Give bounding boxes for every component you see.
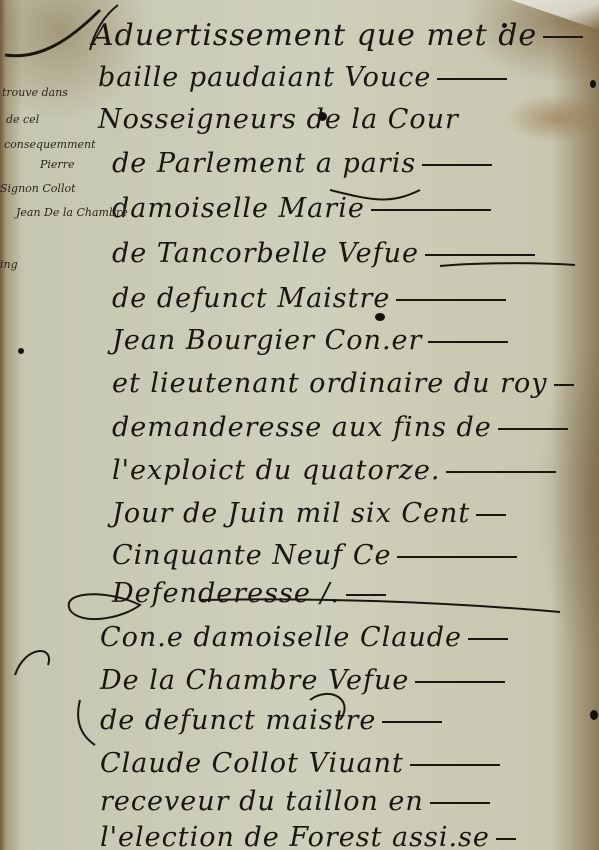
manuscript-line: de Tancorbelle Vefue	[112, 238, 535, 269]
line-text: De la Chambre Vefue	[100, 665, 409, 696]
line-text: de Tancorbelle Vefue	[112, 238, 419, 269]
line-rule	[382, 721, 442, 723]
line-text: demanderesse aux fins de	[112, 412, 492, 443]
line-rule	[543, 36, 583, 38]
line-text: de defunct Maistre	[112, 283, 390, 314]
ink-blot	[18, 348, 24, 354]
line-rule	[346, 594, 386, 596]
manuscript-line: de defunct Maistre	[112, 283, 506, 314]
line-rule	[415, 681, 505, 683]
ink-blot	[590, 80, 596, 88]
line-rule	[396, 299, 506, 301]
line-text: Jean Bourgier Con.er	[112, 325, 422, 356]
manuscript-line: Defenderesse /.	[112, 578, 386, 609]
line-rule	[476, 514, 506, 516]
line-rule	[428, 341, 508, 343]
line-rule	[437, 78, 507, 80]
ink-blot	[502, 23, 507, 28]
line-text: Jour de Juin mil six Cent	[112, 498, 470, 529]
line-rule	[468, 638, 508, 640]
line-rule	[496, 838, 516, 840]
line-text: de defunct maistre	[100, 705, 376, 736]
margin-note: ing	[0, 258, 18, 271]
manuscript-line: demanderesse aux fins de	[112, 412, 568, 443]
line-text: et lieutenant ordinaire du roy	[112, 368, 548, 399]
margin-note: trouve dans	[2, 86, 68, 99]
line-text: damoiselle Marie	[112, 193, 365, 224]
line-text: Defenderesse /.	[112, 578, 340, 609]
line-text: baille paudaiant Vouce	[98, 62, 431, 93]
ink-blot	[318, 112, 327, 121]
title-text: Aduertissement que met de	[92, 18, 537, 53]
manuscript-line: Cinquante Neuf Ce	[112, 540, 517, 571]
line-rule	[371, 209, 491, 211]
line-text: l'exploict du quatorze.	[112, 455, 440, 486]
margin-note: Signon Collot	[0, 182, 76, 195]
manuscript-line: l'exploict du quatorze.	[112, 455, 556, 486]
line-rule	[425, 254, 535, 256]
line-text: de Parlement a paris	[112, 148, 416, 179]
manuscript-line: Nosseigneurs de la Cour	[98, 104, 459, 135]
document-title-line: Aduertissement que met de	[92, 18, 583, 53]
manuscript-line: de Parlement a paris	[112, 148, 492, 179]
line-text: receveur du taillon en	[100, 786, 424, 817]
ink-blot	[375, 313, 385, 321]
manuscript-line: de defunct maistre	[100, 705, 442, 736]
line-rule	[446, 471, 556, 473]
line-rule	[397, 556, 517, 558]
manuscript-line: Jean Bourgier Con.er	[112, 325, 508, 356]
line-text: l'election de Forest assi.se	[100, 822, 490, 850]
margin-note: de cel	[6, 113, 39, 126]
manuscript-page: Aduertissement que met de baille paudaia…	[0, 0, 599, 850]
line-rule	[498, 428, 568, 430]
margin-note: Jean De la Chambre	[16, 206, 128, 219]
manuscript-line: De la Chambre Vefue	[100, 665, 505, 696]
line-rule	[554, 384, 574, 386]
manuscript-line: Jour de Juin mil six Cent	[112, 498, 506, 529]
manuscript-line: et lieutenant ordinaire du roy	[112, 368, 574, 399]
margin-note: consequemment	[4, 138, 96, 151]
manuscript-line: baille paudaiant Vouce	[98, 62, 507, 93]
manuscript-line: Claude Collot Viuant	[100, 748, 500, 779]
line-text: Nosseigneurs de la Cour	[98, 104, 459, 135]
line-text: Cinquante Neuf Ce	[112, 540, 391, 571]
line-text: Con.e damoiselle Claude	[100, 622, 462, 653]
manuscript-line: l'election de Forest assi.se	[100, 822, 516, 850]
manuscript-line: Con.e damoiselle Claude	[100, 622, 508, 653]
ink-blot	[590, 710, 598, 720]
line-rule	[410, 764, 500, 766]
margin-note: Pierre	[40, 158, 74, 171]
manuscript-line: damoiselle Marie	[112, 193, 491, 224]
manuscript-line: receveur du taillon en	[100, 786, 490, 817]
line-text: Claude Collot Viuant	[100, 748, 404, 779]
line-rule	[430, 802, 490, 804]
line-rule	[422, 164, 492, 166]
